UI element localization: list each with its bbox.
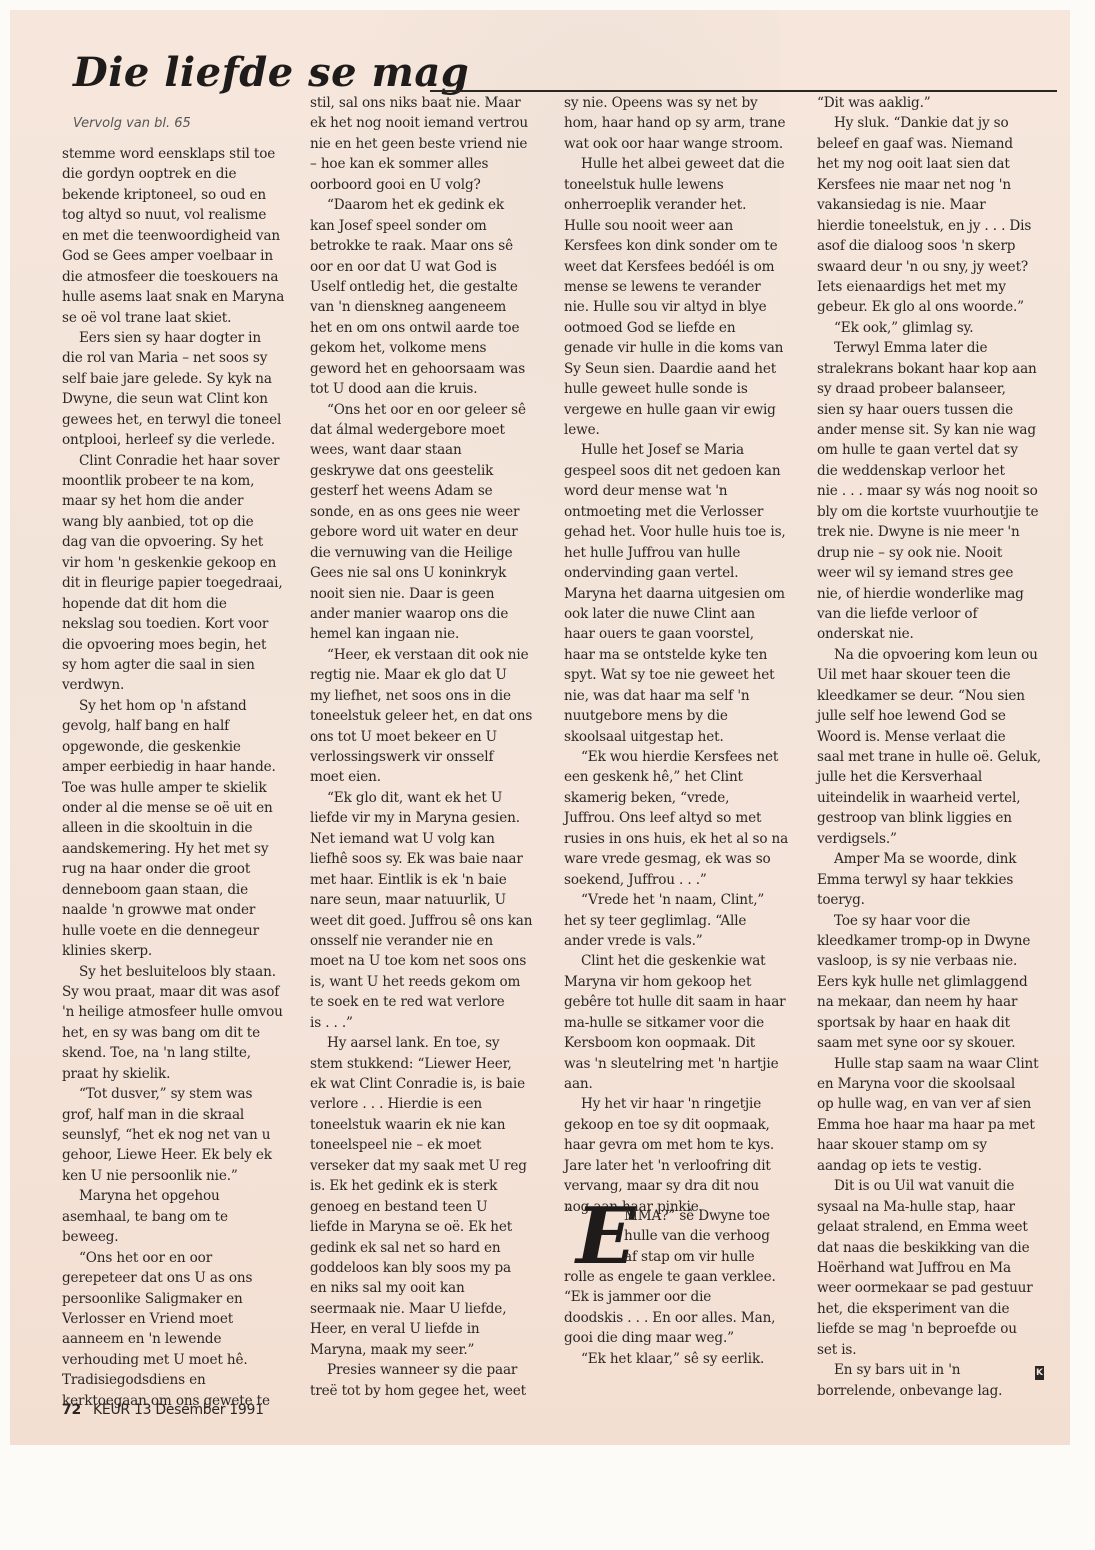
text-line: Net iemand wat U volg kan [310,829,550,849]
text-line: moet eien. [310,767,550,787]
text-line: is, want U het reeds gekom om [310,972,550,992]
text-line: onherroeplik verander het. [564,195,804,215]
text-line: nie, was dat haar ma self 'n [564,686,804,706]
text-line: Hy sluk. “Dankie dat jy so [817,113,1057,133]
article-title: Die liefde se mag [73,48,469,98]
text-line: sportsak by haar en haak dit [817,1013,1057,1033]
text-line: ook later die nuwe Clint aan [564,604,804,624]
text-line: beleef en gaaf was. Niemand [817,134,1057,154]
text-line: “Ek ook,” glimlag sy. [817,318,1057,338]
text-line: bekende kriptoneel, so oud en [62,185,302,205]
text-line: kleedkamer tromp-op in Dwyne [817,931,1057,951]
text-line: Terwyl Emma later die [817,338,1057,358]
text-line: saam met syne oor sy skouer. [817,1033,1057,1053]
text-line: spyt. Wat sy toe nie geweet het [564,665,804,685]
text-line: Tradisiegodsdiens en [62,1370,302,1390]
text-line: toneelstuk geleer het, en dat ons [310,706,550,726]
text-line: aandag op iets te vestig. [817,1156,1057,1176]
text-line: Woord is. Mense verlaat die [817,727,1057,747]
text-line: gebore word uit water en deur [310,522,550,542]
text-line: grof, half man in die skraal [62,1105,302,1125]
text-line: Sy wou praat, maar dit was asof [62,982,302,1002]
text-line: ontmoeting met die Verlosser [564,502,804,522]
text-line: liefde vir my in Maryna gesien. [310,808,550,828]
text-line: self baie jare gelede. Sy kyk na [62,369,302,389]
text-line: Juffrou. Ons leef altyd so met [564,808,804,828]
text-line: regtig nie. Maar ek glo dat U [310,665,550,685]
text-line: haar ma se ontstelde kyke ten [564,645,804,665]
text-line: asemhaal, te bang om te [62,1207,302,1227]
text-line: genoeg en bestand teen U [310,1197,550,1217]
text-line: praat hy skielik. [62,1064,302,1084]
text-line: van die liefde verloor of [817,604,1057,624]
text-line: ek wat Clint Conradie is, is baie [310,1074,550,1094]
text-line: hopende dat dit hom die [62,594,302,614]
text-line: nooit sien nie. Daar is geen [310,584,550,604]
text-line: word deur mense wat 'n [564,481,804,501]
text-line: Toe was hulle amper te skielik [62,778,302,798]
text-line: my liefhet, net soos ons in die [310,686,550,706]
text-line: gedink ek sal net so hard en [310,1238,550,1258]
text-line: stem stukkend: “Liewer Heer, [310,1054,550,1074]
text-line: verdigsels.” [817,829,1057,849]
text-line: seunslyf, “het ek nog net van u [62,1125,302,1145]
text-line: Hulle het Josef se Maria [564,440,804,460]
article-column-3: sy nie. Opeens was sy net byhom, haar ha… [564,93,804,1217]
text-line: Heer, en veral U liefde in [310,1319,550,1339]
text-line: onsself nie verander nie en [310,931,550,951]
text-line: klinies skerp. [62,941,302,961]
dropcap-following-lines: rolle as engele te gaan verklee.“Ek is j… [564,1267,804,1369]
text-line: ma-hulle se sitkamer voor die [564,1013,804,1033]
text-line: 'n heilige atmosfeer hulle omvou [62,1002,302,1022]
text-line: betrokke te raak. Maar ons sê [310,236,550,256]
page-footer: 72 KEUR 13 Desember 1991 [62,1402,264,1418]
text-line: onderskat nie. [817,624,1057,644]
article-column-2: stil, sal ons niks baat nie. Maarek het … [310,93,550,1401]
text-line: was 'n sleutelring met 'n hartjie [564,1054,804,1074]
text-line: vakansiedag is nie. Maar [817,195,1057,215]
title-rule [430,90,1057,92]
text-line: tog altyd so nuut, vol realisme [62,205,302,225]
text-line: beweeg. [62,1227,302,1247]
text-line: oor en oor dat U wat God is [310,257,550,277]
text-line: onder al die mense se oë uit en [62,798,302,818]
text-line: julle het die Kersverhaal [817,767,1057,787]
text-line: soekend, Juffrou . . .” [564,870,804,890]
text-line: gesterf het weens Adam se [310,481,550,501]
text-line: van 'n dienskneg aangeneem [310,297,550,317]
text-line: doodskis . . . En oor alles. Man, [564,1308,804,1328]
text-line: vergewe en hulle gaan vir ewig [564,400,804,420]
text-line: En sy bars uit in 'n [817,1360,1057,1380]
text-line: Kersboom kon oopmaak. Dit [564,1033,804,1053]
text-line: een geskenk hê,” het Clint [564,767,804,787]
text-line: Hulle stap saam na waar Clint [817,1054,1057,1074]
text-line: Hy het vir haar 'n ringetjie [564,1094,804,1114]
text-line: die gordyn ooptrek en die [62,164,302,184]
text-line: die atmosfeer die toeskouers na [62,267,302,287]
text-line: moet na U toe kom net soos ons [310,951,550,971]
text-line: kleedkamer se deur. “Nou sien [817,686,1057,706]
text-line: Maryna het opgehou [62,1186,302,1206]
text-line: liefde se mag 'n beproefde ou [817,1319,1057,1339]
text-line: het my nog ooit laat sien dat [817,154,1057,174]
text-line: ootmoed God se liefde en [564,318,804,338]
text-line: toneelstuk waarin ek nie kan [310,1115,550,1135]
text-line: het, en sy was bang om dit te [62,1023,302,1043]
text-line: mense se lewens te verander [564,277,804,297]
text-line: Maryna vir hom gekoop het [564,972,804,992]
text-line: drup nie – sy ook nie. Nooit [817,543,1057,563]
text-line: met haar. Eintlik is ek 'n baie [310,870,550,890]
text-line: bly om die kortste vuurhoutjie te [817,502,1057,522]
text-line: het en om ons ontwil aarde toe [310,318,550,338]
text-line: verhouding met U moet hê. [62,1350,302,1370]
text-line: sonde, en as ons gees nie weer [310,502,550,522]
text-line: aan. [564,1074,804,1094]
text-line: gevolg, half bang en half [62,716,302,736]
text-line: is. Ek het gedink ek is sterk [310,1176,550,1196]
text-line: Hy aarsel lank. En toe, sy [310,1033,550,1053]
text-line: stemme word eensklaps stil toe [62,144,302,164]
text-line: naalde 'n growwe mat onder [62,900,302,920]
text-line: sy draad probeer balanseer, [817,379,1057,399]
text-line: Sy Seun sien. Daardie aand het [564,359,804,379]
text-line: verseker dat my saak met U reg [310,1156,550,1176]
text-line: Hulle sou nooit weer aan [564,216,804,236]
publication-date: KEUR 13 Desember 1991 [93,1402,264,1418]
text-line: nekslag sou toedien. Kort voor [62,614,302,634]
text-line: Na die opvoering kom leun ou [817,645,1057,665]
text-line: vasloop, is sy nie verbaas nie. [817,951,1057,971]
text-line: skamerig beken, “vrede, [564,788,804,808]
text-line: Hulle het albei geweet dat die [564,154,804,174]
text-line: opgewonde, die geskenkie [62,737,302,757]
text-line: ander mense sit. Sy kan nie wag [817,420,1057,440]
text-line: gewees het, en terwyl die toneel [62,410,302,430]
text-line: die vernuwing van die Heilige [310,543,550,563]
text-line: het hulle Juffrou van hulle [564,543,804,563]
text-line: “Ek is jammer oor die [564,1287,804,1307]
text-line: Dit is ou Uil wat vanuit die [817,1176,1057,1196]
text-line: ontplooi, herleef sy die verlede. [62,430,302,450]
text-line: “Dit was aaklig.” [817,93,1057,113]
text-line: Jare later het 'n verloofring dit [564,1156,804,1176]
text-line: wees, want daar staan [310,440,550,460]
text-line: trek nie. Dwyne is nie meer 'n [817,522,1057,542]
text-line: geskrywe dat ons geestelik [310,461,550,481]
text-line: gespeel soos dit net gedoen kan [564,461,804,481]
text-line: sy nie. Opeens was sy net by [564,93,804,113]
text-line: Eers kyk hulle net glimlaggend [817,972,1057,992]
text-line: oorboord gooi en U volg? [310,175,550,195]
text-line: geword het en gehoorsaam was [310,359,550,379]
text-line: gekom het, volkome mens [310,338,550,358]
text-line: ondervinding gaan vertel. [564,563,804,583]
text-line: wang bly aanbied, tot op die [62,512,302,532]
text-line: dit in fleurige papier toegedraai, [62,573,302,593]
text-line: ander vrede is vals.” [564,931,804,951]
text-line: haar ouers te gaan voorstel, [564,624,804,644]
text-line: gekoop en toe sy dit oopmaak, [564,1115,804,1135]
text-line: Dwyne, die seun wat Clint kon [62,389,302,409]
text-line: liefhê soos sy. Ek was baie naar [310,849,550,869]
text-line: swaard deur 'n ou sny, jy weet? [817,257,1057,277]
text-line: Clint Conradie het haar sover [62,451,302,471]
text-line: weet dat Kersfees bedóél is om [564,257,804,277]
text-line: gehoor, Liewe Heer. Ek bely ek [62,1145,302,1165]
text-line: Iets eienaardigs het met my [817,277,1057,297]
text-line: hulle geweet hulle sonde is [564,379,804,399]
text-line: te soek en te red wat verlore [310,992,550,1012]
text-line: hemel kan ingaan nie. [310,624,550,644]
text-line: aanneem en 'n lewende [62,1329,302,1349]
text-line: sien sy haar ouers tussen die [817,400,1057,420]
text-line: nie, of hierdie wonderlike mag [817,584,1057,604]
text-line: Kersfees nie maar net nog 'n [817,175,1057,195]
text-line: ek het nog nooit iemand vertrou [310,113,550,133]
text-line: nie . . . maar sy wás nog nooit so [817,481,1057,501]
text-line: Hoërhand wat Juffrou en Ma [817,1258,1057,1278]
text-line: sysaal na Ma-hulle stap, haar [817,1197,1057,1217]
text-line: Uself ontledig het, die gestalte [310,277,550,297]
text-line: Sy het hom op 'n afstand [62,696,302,716]
text-line: is . . .” [310,1013,550,1033]
text-line: – hoe kan ek sommer alles [310,154,550,174]
text-line: hulle voete en die dennegeur [62,921,302,941]
text-line: Uil met haar skouer teen die [817,665,1057,685]
text-line: hulle asems laat snak en Maryna [62,287,302,307]
text-line: Eers sien sy haar dogter in [62,328,302,348]
text-line: “Daarom het ek gedink ek [310,195,550,215]
text-line: en niks sal my ooit kan [310,1278,550,1298]
text-line: nie. Hulle sou vir altyd in blye [564,297,804,317]
text-line: “Heer, ek verstaan dit ook nie [310,645,550,665]
text-line: Amper Ma se woorde, dink [817,849,1057,869]
text-line: nie en het geen beste vriend nie [310,134,550,154]
text-line: “Tot dusver,” sy stem was [62,1084,302,1104]
text-line: persoonlike Saligmaker en [62,1289,302,1309]
text-line: Verlosser en Vriend moet [62,1309,302,1329]
text-line: stil, sal ons niks baat nie. Maar [310,93,550,113]
page-number: 72 [62,1402,81,1418]
text-line: vir hom 'n geskenkie gekoop en [62,553,302,573]
text-line: stralekrans bokant haar kop aan [817,359,1057,379]
text-line: “Ons het oor en oor geleer sê [310,400,550,420]
continued-from-note: Vervolg van bl. 65 [73,116,191,131]
text-line: wat ook oor haar wange stroom. [564,134,804,154]
text-line: “Ek glo dit, want ek het U [310,788,550,808]
text-line: ons tot U moet bekeer en U [310,727,550,747]
text-line: Maryna, maak my seer.” [310,1340,550,1360]
end-of-article-mark: K [1035,1366,1044,1380]
text-line: gelaat stralend, en Emma weet [817,1217,1057,1237]
text-line: verlore . . . Hierdie is een [310,1094,550,1114]
text-line: Presies wanneer sy die paar [310,1360,550,1380]
text-line: ander manier waarop ons die [310,604,550,624]
text-line: lewe. [564,420,804,440]
text-line: “Ek wou hierdie Kersfees net [564,747,804,767]
text-line: hom, haar hand op sy arm, trane [564,113,804,133]
text-line: nare seun, maar natuurlik, U [310,890,550,910]
text-line: toneelstuk hulle lewens [564,175,804,195]
text-line: om hulle te gaan vertel dat sy [817,440,1057,460]
text-line: en met die teenwoordigheid van [62,226,302,246]
text-line: Toe sy haar voor die [817,911,1057,931]
text-line: God se Gees amper voelbaar in [62,246,302,266]
text-line: seermaak nie. Maar U liefde, [310,1299,550,1319]
text-line: “Vrede het 'n naam, Clint,” [564,890,804,910]
text-line: gebêre tot hulle dit saam in haar [564,992,804,1012]
text-line: Sy het besluiteloos bly staan. [62,962,302,982]
text-line: die weddenskap verloor het [817,461,1057,481]
text-line: rolle as engele te gaan verklee. [564,1267,804,1287]
text-line: dat naas die beskikking van die [817,1238,1057,1258]
text-line: verdwyn. [62,675,302,695]
text-line: ken U nie persoonlik nie.” [62,1166,302,1186]
text-line: asof die dialoog soos 'n skerp [817,236,1057,256]
article-column-4: “Dit was aaklig.”Hy sluk. “Dankie dat jy… [817,93,1057,1401]
text-line: rusies in ons huis, ek het al so na [564,829,804,849]
text-line: toeryg. [817,890,1057,910]
text-line: Clint het die geskenkie wat [564,951,804,971]
text-line: Gees nie sal ons U koninkryk [310,563,550,583]
text-line: op hulle wag, en van ver af sien [817,1094,1057,1114]
text-line: liefde in Maryna se oë. Ek het [310,1217,550,1237]
text-line: se oë vol trane laat skiet. [62,308,302,328]
text-line: borrelende, onbevange lag. [817,1381,1057,1401]
text-line: skend. Toe, na 'n lang stilte, [62,1043,302,1063]
text-line: Maryna het daarna uitgesien om [564,584,804,604]
text-line: Kersfees kon dink sonder om te [564,236,804,256]
text-line: weer wil sy iemand stres gee [817,563,1057,583]
text-line: treë tot by hom gegee het, weet [310,1381,550,1401]
text-line: ware vrede gesmag, ek was so [564,849,804,869]
text-line: amper eerbiedig in haar hande. [62,757,302,777]
text-line: set is. [817,1340,1057,1360]
text-line: haar gevra om met hom te kys. [564,1135,804,1155]
text-line: toneelspeel nie – ek moet [310,1135,550,1155]
text-line: dag van die opvoering. Sy het [62,532,302,552]
text-line: dat álmal wedergebore moet [310,420,550,440]
text-line: Emma terwyl sy haar tekkies [817,870,1057,890]
text-line: weer oormekaar se pad gestuur [817,1278,1057,1298]
text-line: hierdie toneelstuk, en jy . . . Dis [817,216,1057,236]
text-line: haar skouer stamp om sy [817,1135,1057,1155]
text-line: gooi die ding maar weg.” [564,1328,804,1348]
text-line: genade vir hulle in die koms van [564,338,804,358]
text-line: sy hom agter die saal in sien [62,655,302,675]
text-line: “Ek het klaar,” sê sy eerlik. [564,1349,804,1369]
text-line: verlossingswerk vir onsself [310,747,550,767]
text-line: uiteindelik in waarheid vertel, [817,788,1057,808]
text-line: julle self hoe lewend God se [817,706,1057,726]
text-line: skoolsaal uitgestap het. [564,727,804,747]
text-line: maar sy het hom die ander [62,491,302,511]
text-line: het sy teer geglimlag. “Alle [564,911,804,931]
text-line: weet dit goed. Juffrou sê ons kan [310,911,550,931]
text-line: gebeur. Ek glo al ons woorde.” [817,297,1057,317]
text-line: aandskemering. Hy het met sy [62,839,302,859]
text-line: het, die eksperiment van die [817,1299,1057,1319]
article-column-1: stemme word eensklaps stil toedie gordyn… [62,144,302,1411]
text-line: alleen in die skooltuin in die [62,818,302,838]
text-line: kan Josef speel sonder om [310,216,550,236]
text-line: die opvoering moes begin, het [62,635,302,655]
text-line: denneboom gaan staan, die [62,880,302,900]
text-line: tot U dood aan die kruis. [310,379,550,399]
text-line: en Maryna voor die skoolsaal [817,1074,1057,1094]
text-line: nuutgebore mens by die [564,706,804,726]
text-line: gestroop van blink liggies en [817,808,1057,828]
text-line: gerepeteer dat ons U as ons [62,1268,302,1288]
text-line: na mekaar, dan neem hy haar [817,992,1057,1012]
text-line: die rol van Maria – net soos sy [62,348,302,368]
dropcap-open-quote: “ [564,1206,571,1221]
text-line: Emma hoe haar ma haar pa met [817,1115,1057,1135]
text-line: “Ons het oor en oor [62,1248,302,1268]
text-line: gehad het. Voor hulle huis toe is, [564,522,804,542]
text-line: goddeloos kan bly soos my pa [310,1258,550,1278]
text-line: rug na haar onder die groot [62,859,302,879]
text-line: saal met trane in hulle oë. Geluk, [817,747,1057,767]
text-line: moontlik probeer te na kom, [62,471,302,491]
